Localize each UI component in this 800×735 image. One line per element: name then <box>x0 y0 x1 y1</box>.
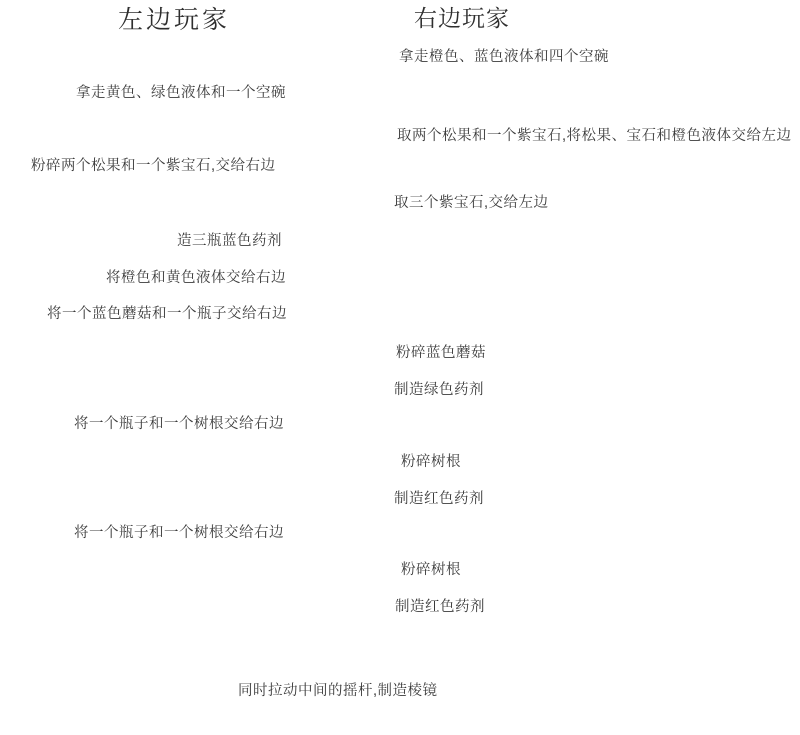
right-player-title: 右边玩家 <box>414 5 510 33</box>
left-step-6: 将一个瓶子和一个树根交给右边 <box>74 415 284 435</box>
left-step-3: 造三瓶蓝色药剂 <box>177 232 282 252</box>
right-step-1: 拿走橙色、蓝色液体和四个空碗 <box>399 48 609 68</box>
left-step-1: 拿走黄色、绿色液体和一个空碗 <box>76 84 286 104</box>
right-step-9: 制造红色药剂 <box>395 598 485 618</box>
left-step-4: 将橙色和黄色液体交给右边 <box>106 269 286 289</box>
left-step-7: 将一个瓶子和一个树根交给右边 <box>74 524 284 544</box>
joint-final-instruction: 同时拉动中间的摇杆,制造棱镜 <box>238 679 438 700</box>
right-step-6: 粉碎树根 <box>401 453 461 473</box>
left-step-5: 将一个蓝色蘑菇和一个瓶子交给右边 <box>47 305 287 325</box>
right-step-8: 粉碎树根 <box>401 561 461 581</box>
right-step-2: 取两个松果和一个紫宝石,将松果、宝石和橙色液体交给左边 <box>397 127 792 147</box>
instruction-sheet: 左边玩家 拿走黄色、绿色液体和一个空碗 粉碎两个松果和一个紫宝石,交给右边 造三… <box>0 0 800 735</box>
left-step-2: 粉碎两个松果和一个紫宝石,交给右边 <box>31 157 276 177</box>
right-step-4: 粉碎蓝色蘑菇 <box>396 344 486 364</box>
right-step-7: 制造红色药剂 <box>394 490 484 510</box>
right-step-3: 取三个紫宝石,交给左边 <box>394 194 549 214</box>
left-player-title: 左边玩家 <box>118 5 230 35</box>
right-step-5: 制造绿色药剂 <box>394 381 484 401</box>
